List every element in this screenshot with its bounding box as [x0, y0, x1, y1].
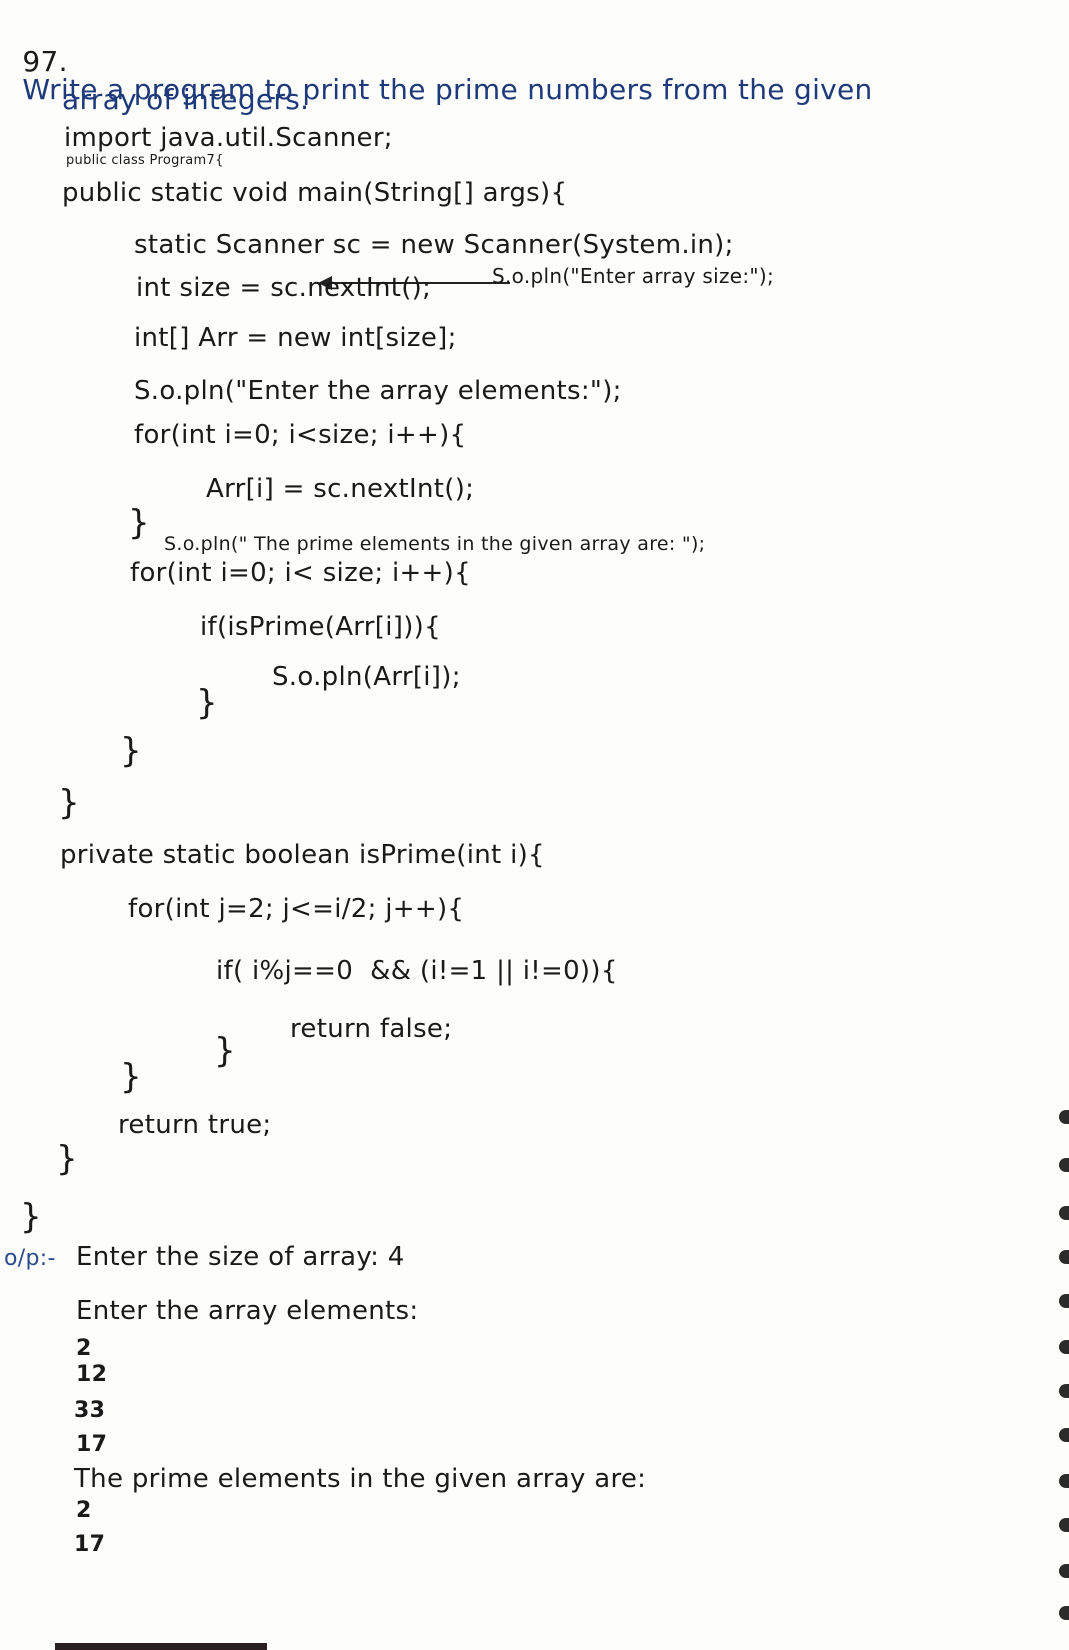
binder-hole-icon — [1059, 1206, 1069, 1220]
binder-hole-icon — [1059, 1474, 1069, 1488]
code-brace: } — [120, 734, 142, 768]
code-brace: } — [128, 506, 150, 540]
output-input-value: 17 — [76, 1434, 107, 1456]
binder-hole-icon — [1059, 1110, 1069, 1124]
output-input-value: 2 — [76, 1338, 92, 1360]
output-prime-value: 2 — [76, 1500, 92, 1522]
binder-hole-icon — [1059, 1564, 1069, 1578]
code-for-loop-3: for(int j=2; j<=i/2; j++){ — [128, 896, 464, 922]
code-class-decl: public class Program7{ — [66, 154, 224, 167]
output-label: o/p:- — [4, 1248, 56, 1270]
binder-hole-icon — [1059, 1384, 1069, 1398]
code-brace: } — [56, 1142, 78, 1176]
output-elements-line: Enter the array elements: — [76, 1298, 418, 1324]
binder-hole-icon — [1059, 1250, 1069, 1264]
code-size-read: int size = sc.nextInt(); — [136, 275, 431, 301]
binder-hole-icon — [1059, 1518, 1069, 1532]
code-arr-read: Arr[i] = sc.nextInt(); — [206, 476, 474, 502]
code-for-loop-2: for(int i=0; i< size; i++){ — [130, 560, 471, 586]
page-bottom-edge — [55, 1643, 267, 1650]
binder-hole-icon — [1059, 1158, 1069, 1172]
code-brace: } — [20, 1200, 42, 1234]
output-input-value: 12 — [76, 1364, 107, 1386]
code-arr-decl: int[] Arr = new int[size]; — [134, 325, 457, 351]
binder-hole-icon — [1059, 1294, 1069, 1308]
code-prime-prompt-note: S.o.pln(" The prime elements in the give… — [164, 535, 705, 554]
code-brace: } — [120, 1060, 142, 1094]
code-scanner-decl: static Scanner sc = new Scanner(System.i… — [134, 232, 734, 258]
code-brace: } — [58, 786, 80, 820]
code-isprime-signature: private static boolean isPrime(int i){ — [60, 842, 545, 868]
code-for-loop-1: for(int i=0; i<size; i++){ — [134, 422, 466, 448]
code-elements-prompt: S.o.pln("Enter the array elements:"); — [134, 378, 622, 404]
code-if-divisible: if( i%j==0 && (i!=1 || i!=0)){ — [216, 958, 618, 984]
output-result-line: The prime elements in the given array ar… — [74, 1466, 646, 1492]
binder-hole-icon — [1059, 1428, 1069, 1442]
binder-hole-icon — [1059, 1340, 1069, 1354]
code-import: import java.util.Scanner; — [64, 125, 393, 151]
code-return-false: return false; — [290, 1016, 452, 1042]
code-return-true: return true; — [118, 1112, 271, 1138]
code-size-prompt-note: S.o.pln("Enter array size:"); — [492, 266, 774, 286]
code-brace: } — [214, 1034, 236, 1068]
output-input-value: 33 — [74, 1400, 105, 1422]
code-if-prime: if(isPrime(Arr[i])){ — [200, 614, 441, 640]
question-line-2: array of integers. — [62, 86, 309, 114]
code-main-signature: public static void main(String[] args){ — [62, 180, 567, 206]
code-print-elem: S.o.pln(Arr[i]); — [272, 664, 461, 690]
code-brace: } — [196, 686, 218, 720]
output-size-line: Enter the size of array: 4 — [76, 1244, 405, 1270]
binder-hole-icon — [1059, 1606, 1069, 1620]
output-prime-value: 17 — [74, 1534, 105, 1556]
